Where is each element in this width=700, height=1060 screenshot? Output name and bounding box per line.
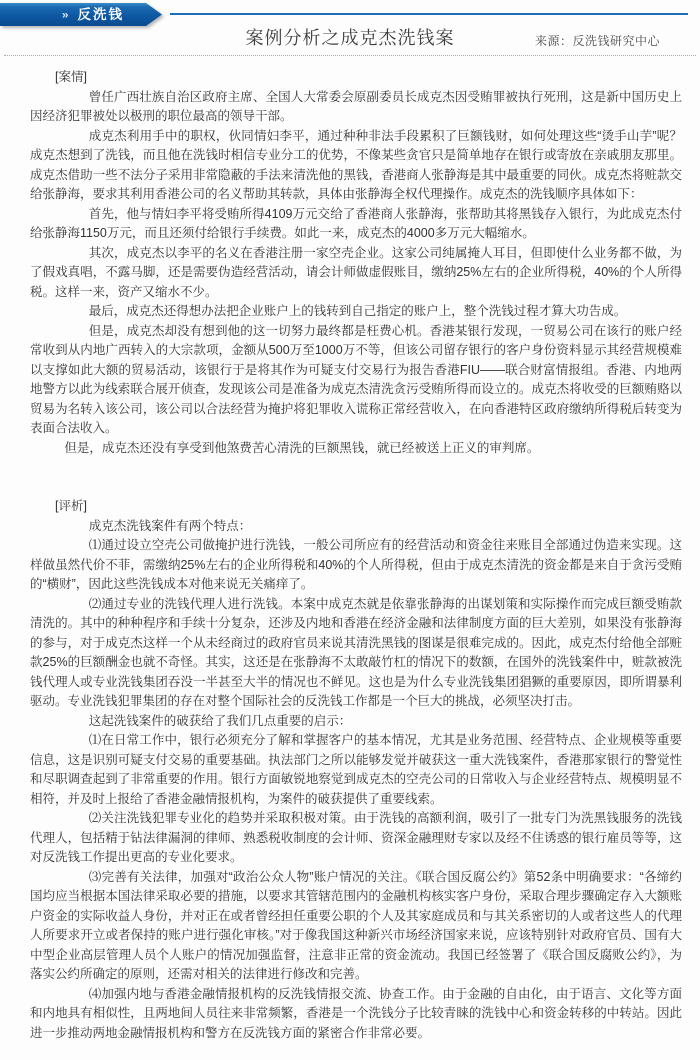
dotted-divider xyxy=(4,55,696,56)
analysis-paragraph: ⑷加强内地与香港金融情报机构的反洗钱情报交流、协查工作。由于金融的自由化，由于语… xyxy=(30,985,682,1044)
case-paragraph: 但是，成克杰还没有享受到他煞费苦心清洗的巨额黑钱，就已经被送上正义的审判席。 xyxy=(30,439,682,459)
analysis-paragraph: 成克杰洗钱案件有两个特点： xyxy=(30,517,682,537)
title-row: 案例分析之成克杰洗钱案 来源：反洗钱研究中心 xyxy=(0,27,700,51)
banner-label: 反洗钱 xyxy=(78,8,125,22)
analysis-paragraph: ⑴通过设立空壳公司做掩护进行洗钱，一般公司所应有的经营活动和资金往来账目全部通过… xyxy=(30,536,682,595)
category-banner[interactable]: » 反洗钱 xyxy=(0,3,162,26)
section-label-case: [案情] xyxy=(30,68,682,88)
analysis-paragraph: ⑴在日常工作中，银行必须充分了解和掌握客户的基本情况，尤其是业务范围、经营特点、… xyxy=(30,731,682,809)
header-rule xyxy=(170,13,688,15)
analysis-paragraph: ⑶完善有关法律，加强对“政治公众人物”账户情况的关注。《联合国反腐公约》第52条… xyxy=(30,868,682,985)
analysis-paragraph: ⑵关注洗钱犯罪专业化的趋势并采取积极对策。由于洗钱的高额利润，吸引了一批专门为洗… xyxy=(30,809,682,868)
category-banner-shape: » 反洗钱 xyxy=(0,3,162,26)
article-body: [案情] 曾任广西壮族自治区政府主席、全国人大常委会原副委员长成克杰因受贿罪被执… xyxy=(0,60,700,1060)
analysis-paragraph: 这起洗钱案件的破获给了我们几点重要的启示： xyxy=(30,712,682,732)
double-chevron-icon: » xyxy=(62,9,69,20)
case-paragraph: 曾任广西壮族自治区政府主席、全国人大常委会原副委员长成克杰因受贿罪被执行死刑，这… xyxy=(30,88,682,127)
page-header: » 反洗钱 案例分析之成克杰洗钱案 来源：反洗钱研究中心 xyxy=(0,0,700,60)
section-label-analysis: [评析] xyxy=(30,497,682,517)
analysis-paragraph: ⑵通过专业的洗钱代理人进行洗钱。本案中成克杰就是依靠张静海的出谋划策和实际操作而… xyxy=(30,595,682,712)
case-paragraph: 最后，成克杰还得想办法把企业账户上的钱转到自己指定的账户上，整个洗钱过程才算大功… xyxy=(30,302,682,322)
page: » 反洗钱 案例分析之成克杰洗钱案 来源：反洗钱研究中心 [案情] 曾任广西壮族… xyxy=(0,0,700,1060)
case-paragraph: 但是，成克杰却没有想到他的这一切努力最终都是枉费心机。香港某银行发现，一贸易公司… xyxy=(30,322,682,439)
case-paragraph: 首先，他与情妇李平将受贿所得4109万元交给了香港商人张静海，张帮助其将黑钱存入… xyxy=(30,205,682,244)
case-paragraph: 其次，成克杰以李平的名义在香港注册一家空壳企业。这家公司纯属掩人耳目，但即使什么… xyxy=(30,244,682,303)
source-label: 来源：反洗钱研究中心 xyxy=(535,32,660,49)
case-paragraph: 成克杰利用手中的职权，伙同情妇李平，通过种种非法手段累积了巨额钱财，如何处理这些… xyxy=(30,127,682,205)
